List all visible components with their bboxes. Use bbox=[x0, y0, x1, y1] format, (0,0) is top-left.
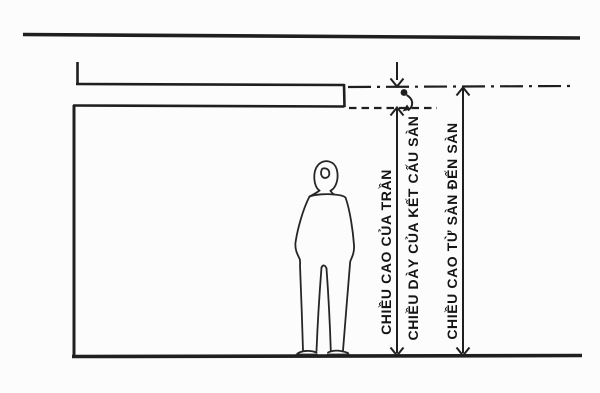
label-slab-thickness: CHIỀU DÀY CỦA KẾT CẤU SÀN bbox=[406, 115, 420, 340]
diagram-canvas: CHIỀU CAO CỦA TRẦN CHIỀU DÀY CỦA KẾT CẤU… bbox=[0, 0, 600, 393]
person-shoulders bbox=[310, 194, 335, 196]
ceiling-line bbox=[73, 106, 345, 107]
slab-end-cap-line bbox=[344, 84, 345, 107]
top-border-line bbox=[23, 35, 580, 39]
person-left-inner-leg bbox=[317, 268, 322, 352]
person-face-detail bbox=[321, 168, 329, 178]
person-right-side bbox=[334, 195, 354, 351]
person-right-inner-leg bbox=[327, 269, 331, 352]
person-left-side bbox=[295, 197, 309, 351]
standing-person-figure bbox=[295, 161, 354, 354]
slab-top-line bbox=[76, 84, 345, 85]
slab-thickness-leader-dot bbox=[401, 89, 408, 96]
label-floor-to-floor: CHIỀU CAO TỪ SÀN ĐẾN SÀN bbox=[445, 122, 459, 339]
person-right-foot bbox=[328, 351, 350, 355]
label-ceiling-height: CHIỀU CAO CỦA TRẦN bbox=[379, 169, 393, 335]
person-head bbox=[314, 161, 337, 191]
upper-floor-level-dashdot-line bbox=[348, 86, 573, 87]
section-drawing bbox=[0, 0, 600, 393]
floor-line bbox=[72, 356, 582, 357]
person-left-foot bbox=[297, 351, 318, 355]
